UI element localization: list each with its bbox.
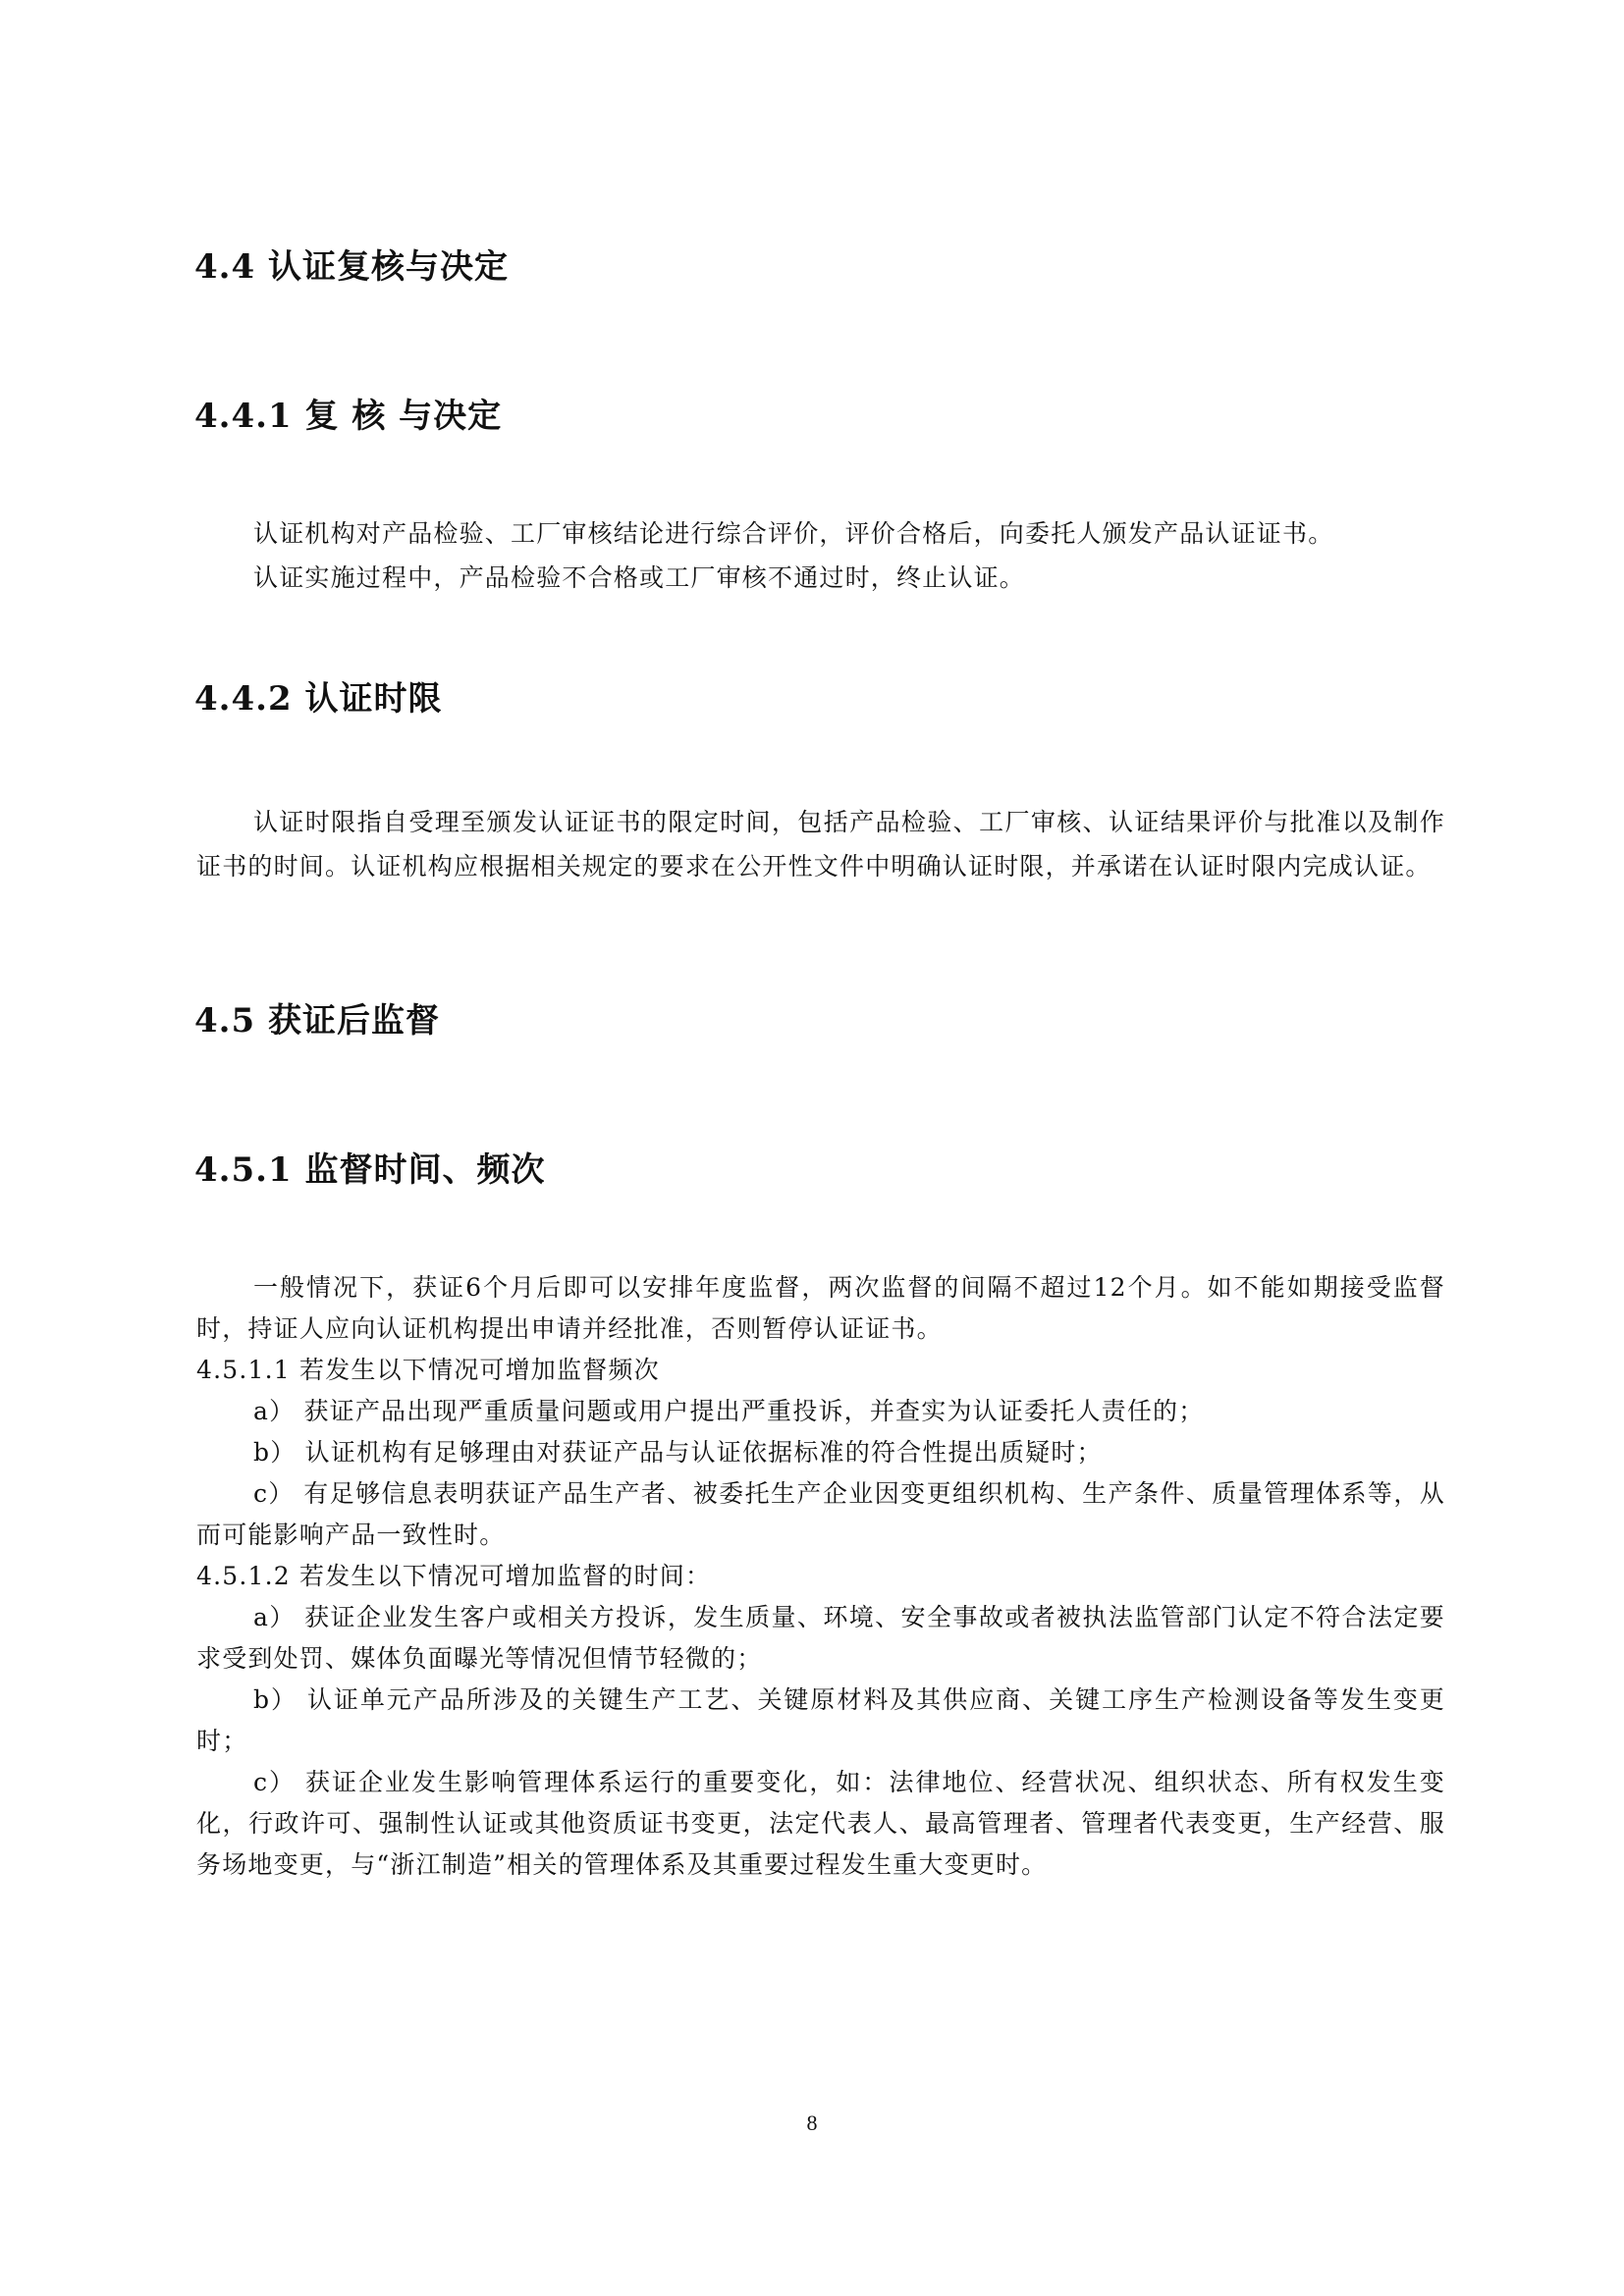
paragraph: 认证时限指自受理至颁发认证证书的限定时间，包括产品检验、工厂审核、认证结果评价与… <box>196 800 1445 888</box>
list-item-c: c） 获证企业发生影响管理体系运行的重要变化，如：法律地位、经营状况、组织状态、… <box>196 1762 1445 1886</box>
subsection-title-4-5-1-2: 4.5.1.2 若发生以下情况可增加监督的时间： <box>196 1556 1445 1597</box>
heading-4-4-1: 4.4.1 复 核 与决定 <box>194 397 502 436</box>
heading-4-4-2: 4.4.2 认证时限 <box>194 679 442 719</box>
page-number: 8 <box>0 2110 1624 2136</box>
paragraph: 认证实施过程中，产品检验不合格或工厂审核不通过时，终止认证。 <box>196 556 1445 600</box>
list-item-b: b） 认证机构有足够理由对获证产品与认证依据标准的符合性提出质疑时； <box>196 1432 1445 1473</box>
heading-4-5: 4.5 获证后监督 <box>194 1001 440 1041</box>
paragraph: 认证机构对产品检验、工厂审核结论进行综合评价，评价合格后，向委托人颁发产品认证证… <box>196 511 1445 556</box>
section-4-5-1-body: 一般情况下，获证6个月后即可以安排年度监督，两次监督的间隔不超过12个月。如不能… <box>196 1267 1445 1886</box>
document-page: 4.4 认证复核与决定 4.4.1 复 核 与决定 认证机构对产品检验、工厂审核… <box>0 0 1624 2296</box>
list-item-a: a） 获证企业发生客户或相关方投诉，发生质量、环境、安全事故或者被执法监管部门认… <box>196 1597 1445 1680</box>
subsection-title-4-5-1-1: 4.5.1.1 若发生以下情况可增加监督频次 <box>196 1350 1445 1391</box>
section-4-4-2-body: 认证时限指自受理至颁发认证证书的限定时间，包括产品检验、工厂审核、认证结果评价与… <box>196 800 1445 888</box>
intro-paragraph: 一般情况下，获证6个月后即可以安排年度监督，两次监督的间隔不超过12个月。如不能… <box>196 1267 1445 1350</box>
section-4-4-1-body: 认证机构对产品检验、工厂审核结论进行综合评价，评价合格后，向委托人颁发产品认证证… <box>196 511 1445 600</box>
list-item-a: a） 获证产品出现严重质量问题或用户提出严重投诉，并查实为认证委托人责任的； <box>196 1391 1445 1432</box>
list-item-c: c） 有足够信息表明获证产品生产者、被委托生产企业因变更组织机构、生产条件、质量… <box>196 1473 1445 1556</box>
heading-4-5-1: 4.5.1 监督时间、频次 <box>194 1150 545 1190</box>
list-item-b: b） 认证单元产品所涉及的关键生产工艺、关键原材料及其供应商、关键工序生产检测设… <box>196 1680 1445 1762</box>
heading-4-4: 4.4 认证复核与决定 <box>194 247 509 287</box>
